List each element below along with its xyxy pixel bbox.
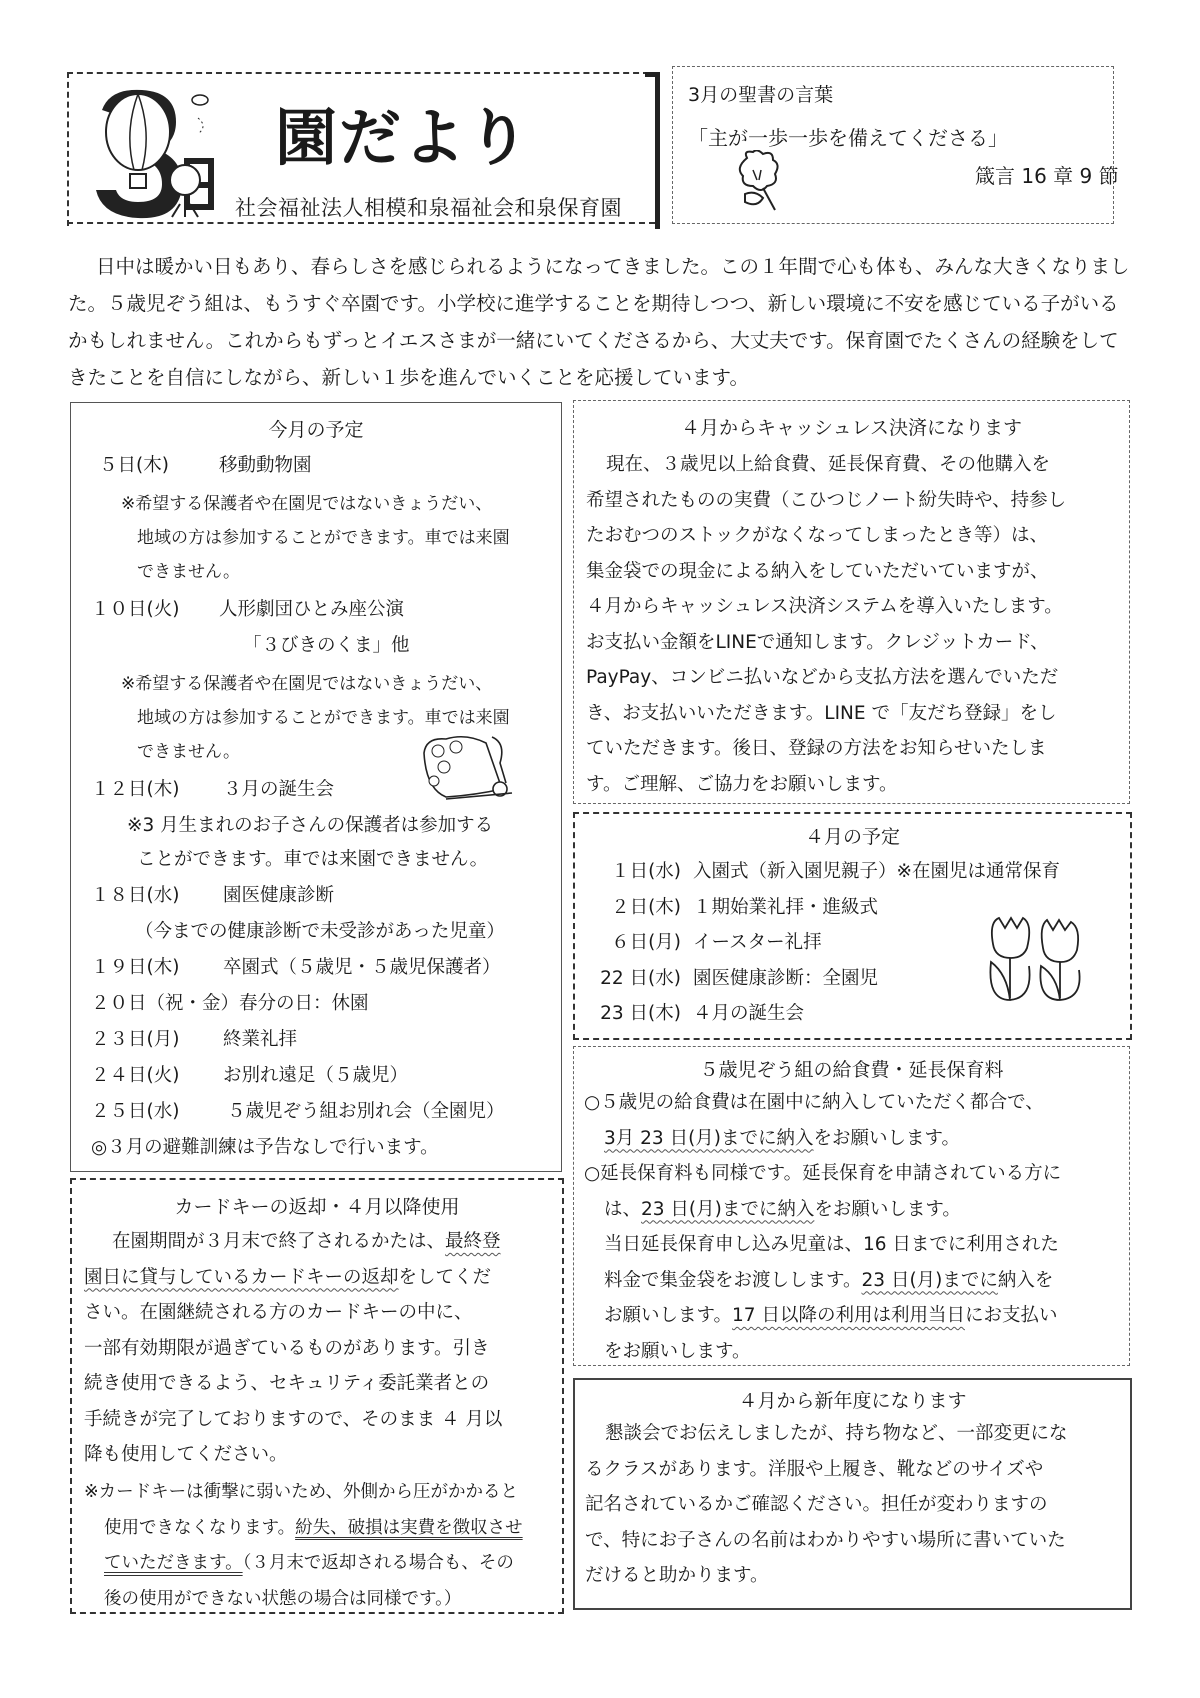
april-item: １日(水)入園式（新入園児親子）※在園児は通常保育 <box>585 854 1125 890</box>
schedule-note: 「３びきのくま」他 <box>243 631 410 657</box>
cashless-payment-box: ４月からキャッシュレス決済になります 現在、３歳児以上給食費、延長保育費、その他… <box>573 400 1130 804</box>
schedule-item: ２５日(水)５歳児ぞう組お別れ会（全園児） <box>91 1097 505 1123</box>
schedule-note: 地域の方は参加することができます。車では来園 <box>137 523 510 548</box>
month-logo-balloon-icon <box>80 82 220 222</box>
verse-reference: 箴言 16 章 9 節 <box>975 160 1119 189</box>
intro-paragraph: 日中は暖かい日もあり、春らしさを感じられるようになってきました。この１年間で心も… <box>68 248 1138 396</box>
card-key-box: カードキーの返却・４月以降使用 在園期間が３月末で終了されるかたは、最終登 園日… <box>70 1178 564 1614</box>
schedule-note: ※希望する保護者や在園児ではないきょうだい、 <box>121 669 492 694</box>
schedule-item: ５日(木)移動動物園 <box>99 451 312 477</box>
schedule-note: ※3 月生まれのお子さんの保護者は参加する <box>127 811 493 837</box>
april-schedule-box: ４月の予定 １日(水)入園式（新入園児親子）※在園児は通常保育 ２日(木)１期始… <box>573 812 1132 1040</box>
title-box-corner-bracket <box>645 72 660 229</box>
this-month-schedule-box: 今月の予定 ５日(木)移動動物園 ※希望する保護者や在園児ではないきょうだい、 … <box>70 402 562 1172</box>
fees-body: ○５歳児の給食費は在園中に納入していただく都合で、 3月 23 日(月)までに納… <box>584 1085 1124 1369</box>
fees-title: ５歳児ぞう組の給食費・延長保育料 <box>574 1055 1129 1082</box>
april-title: ４月の予定 <box>575 822 1130 849</box>
new-year-box: ４月から新年度になります 懇談会でお伝えしましたが、持ち物など、一部変更にな る… <box>573 1378 1132 1610</box>
schedule-note: できません。 <box>137 737 240 762</box>
cashless-body: 現在、３歳児以上給食費、延長保育費、その他購入を 希望されたものの実費（こひつじ… <box>586 447 1121 802</box>
verse-label: 3月の聖書の言葉 <box>688 80 833 107</box>
evacuation-drill-note: ◎３月の避難訓練は予告なしで行います。 <box>91 1133 439 1159</box>
card-key-caution-note: ※カードキーは衝撃に弱いため、外側から圧がかかると 使用できなくなります。紛失、… <box>84 1475 556 1617</box>
schedule-note: ※希望する保護者や在園児ではないきょうだい、 <box>121 489 492 514</box>
schedule-item: １８日(水)園医健康診断 <box>91 881 334 907</box>
schedule-note: （今までの健康診断で未受診があった児童） <box>135 917 505 943</box>
new-year-body: 懇談会でお伝えしましたが、持ち物など、一部変更にな るクラスがあります。洋服や上… <box>585 1416 1125 1594</box>
schedule-item: ２０日（祝・金）春分の日：休園 <box>91 989 369 1015</box>
fees-box: ５歳児ぞう組の給食費・延長保育料 ○５歳児の給食費は在園中に納入していただく都合… <box>573 1046 1130 1366</box>
organization-name: 社会福祉法人相模和泉福祉会和泉保育園 <box>235 192 622 222</box>
bouquet-icon <box>416 733 516 805</box>
title-box-bottom-border <box>67 222 655 224</box>
newsletter-title: 園だより <box>275 88 531 177</box>
schedule-item: １０日(火)人形劇団ひとみ座公演 <box>91 595 404 621</box>
card-key-title: カードキーの返却・４月以降使用 <box>72 1192 562 1219</box>
schedule-item: １２日(木)３月の誕生会 <box>91 775 334 801</box>
verse-text: 「主が一歩一歩を備えてくださる」 <box>688 122 1008 151</box>
schedule-item: ２３日(月)終業礼拝 <box>91 1025 297 1051</box>
card-key-body: 在園期間が３月末で終了されるかたは、最終登 園日に貸与しているカードキーの返却を… <box>84 1224 554 1473</box>
schedule-item: ２４日(火)お別れ遠足（５歳児） <box>91 1061 408 1087</box>
tulips-icon <box>985 914 1085 1004</box>
pansy-flower-icon <box>735 150 783 215</box>
schedule-note: 地域の方は参加することができます。車では来園 <box>137 703 510 728</box>
schedule-note: できません。 <box>137 557 240 582</box>
schedule-note: ことができます。車では来園できません。 <box>137 845 488 871</box>
schedule-title: 今月の予定 <box>71 415 561 442</box>
new-year-title: ４月から新年度になります <box>575 1386 1130 1413</box>
cashless-title: ４月からキャッシュレス決済になります <box>574 413 1129 440</box>
schedule-item: １９日(木)卒園式（５歳児・５歳児保護者） <box>91 953 501 979</box>
